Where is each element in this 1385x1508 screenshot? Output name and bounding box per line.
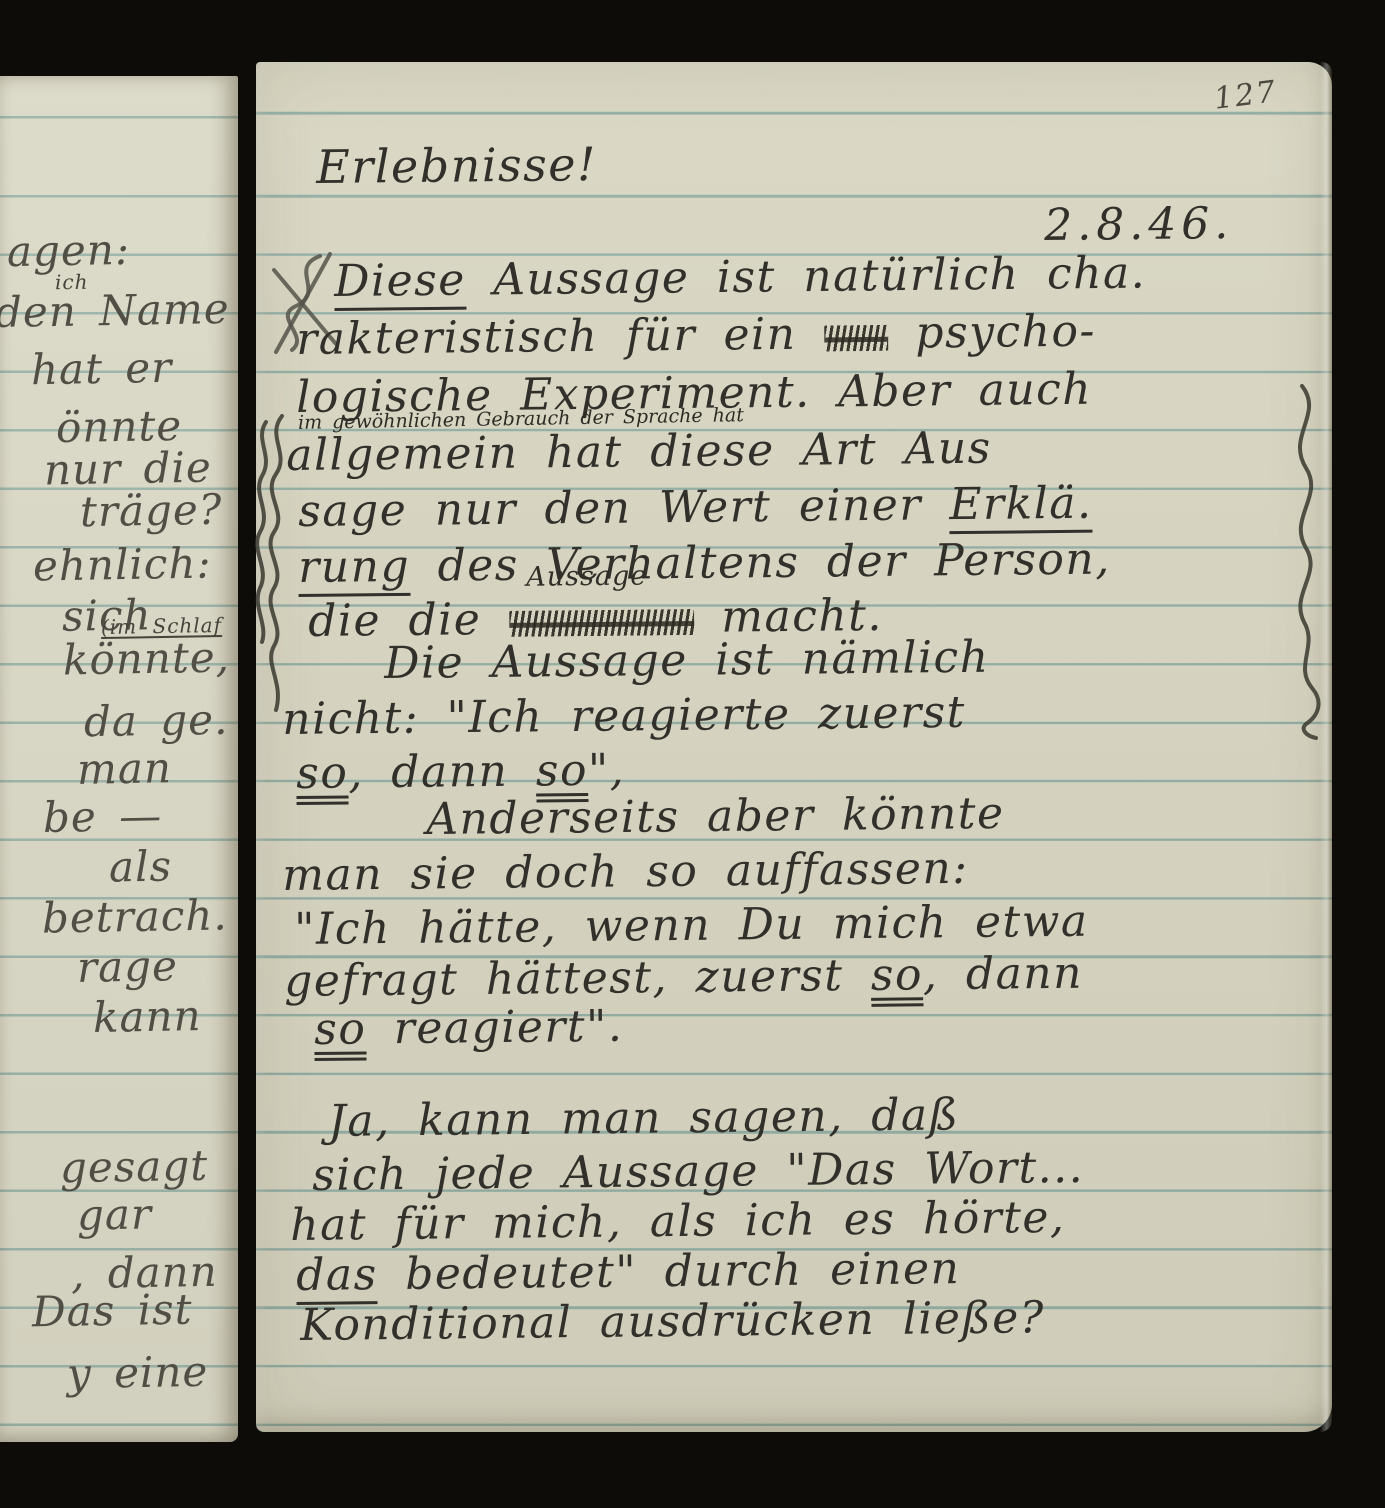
manuscript-line: das bedeutet" durch einen <box>296 1247 961 1298</box>
crossed-out-word <box>509 609 694 637</box>
manuscript-line: man sie doch so auffassen: <box>282 847 969 898</box>
notebook-scan: agen: ich den Name hat er önnte nur die … <box>0 0 1385 1508</box>
page-number: 127 <box>1212 74 1279 116</box>
manuscript-line: sich jede Aussage "Das Wort... <box>312 1146 1084 1198</box>
line-text: , dann <box>348 745 536 798</box>
line-text: rakteristisch für ein <box>296 308 824 365</box>
left-page-fragment: be — <box>43 795 163 839</box>
left-page-fragment: kann <box>93 995 202 1039</box>
manuscript-line: gefragt hättest, zuerst so, dann <box>284 952 1083 1004</box>
left-page-fragment: hat er <box>30 347 172 391</box>
line-text: psycho- <box>888 306 1096 359</box>
left-page-fragment: träge? <box>79 489 222 533</box>
manuscript-line: hat für mich, als ich es hörte, <box>290 1196 1066 1248</box>
manuscript-line: so, dann so", <box>296 749 625 796</box>
underlined-word: so <box>871 949 924 1007</box>
manuscript-line: sage nur den Wert einer Erklä. <box>298 482 1093 534</box>
crossed-out-word <box>824 325 888 352</box>
left-page-fragment: Das ist <box>31 1289 192 1334</box>
left-page-fragment: rage <box>77 945 179 989</box>
entry-date: 2.8.46. <box>1044 202 1233 248</box>
underlined-word: Diese <box>334 255 466 311</box>
line-text: gefragt hättest, zuerst <box>284 950 871 1007</box>
line-text: ", <box>588 745 626 796</box>
left-page-fragment: agen: <box>7 229 131 273</box>
manuscript-line: Anderseits aber könnte <box>426 792 1005 842</box>
manuscript-line: Die Aussage ist nämlich <box>384 636 990 686</box>
line-text: des Verhaltens der Person, <box>410 533 1111 591</box>
manuscript-line: Konditional ausdrücken ließe? <box>300 1296 1045 1348</box>
line-text: bedeutet" durch einen <box>377 1243 960 1300</box>
underlined-word: so <box>314 1003 367 1061</box>
page-edge <box>1320 62 1332 1432</box>
left-page-fragment: ehnlich: <box>33 542 212 587</box>
left-page-fragment: gesagt <box>60 1145 209 1190</box>
left-page-fragment: betrach. <box>42 894 228 939</box>
correction-above: Aussage <box>526 562 647 590</box>
main-page: 127 Erlebnisse! 2.8.46. Diese Aussage is… <box>256 62 1332 1432</box>
manuscript-line: "Ich hätte, wenn Du mich etwa <box>294 900 1089 952</box>
section-heading: Erlebnisse! <box>316 141 597 190</box>
underlined-word: das <box>296 1249 378 1305</box>
manuscript-line: rung des Verhaltens der Person, <box>298 537 1111 590</box>
manuscript-line: Diese Aussage ist natürlich cha. <box>334 251 1146 304</box>
line-text: reagiert". <box>366 1001 624 1055</box>
manuscript-line: rakteristisch für ein psycho- <box>296 310 1096 362</box>
margin-brace-right-icon <box>1272 384 1338 744</box>
manuscript-line: Ja, kann man sagen, daß <box>328 1093 960 1144</box>
left-page-fragment: gar <box>77 1193 153 1236</box>
underlined-word: Erklä. <box>949 478 1093 534</box>
manuscript-line: nicht: "Ich reagierte zuerst <box>282 691 966 742</box>
line-text: Aussage ist natürlich cha. <box>465 247 1146 305</box>
underlined-word: so <box>296 747 349 805</box>
left-page-fragment: da ge. <box>83 699 228 744</box>
left-page-fragment: als <box>109 845 173 888</box>
manuscript-line: allgemein hat diese Art Aus <box>286 427 992 478</box>
left-page-fragment: y eine <box>66 1351 208 1395</box>
left-page: agen: ich den Name hat er önnte nur die … <box>0 76 238 1442</box>
left-page-fragment: den Name <box>0 288 230 334</box>
line-text: sage nur den Wert einer <box>298 479 950 537</box>
left-page-fragment: man <box>77 747 173 791</box>
underlined-word: rung <box>298 541 410 597</box>
line-text: , dann <box>923 948 1084 1001</box>
manuscript-line: so reagiert". <box>314 1005 624 1052</box>
left-page-fragment: könnte, <box>63 637 231 682</box>
